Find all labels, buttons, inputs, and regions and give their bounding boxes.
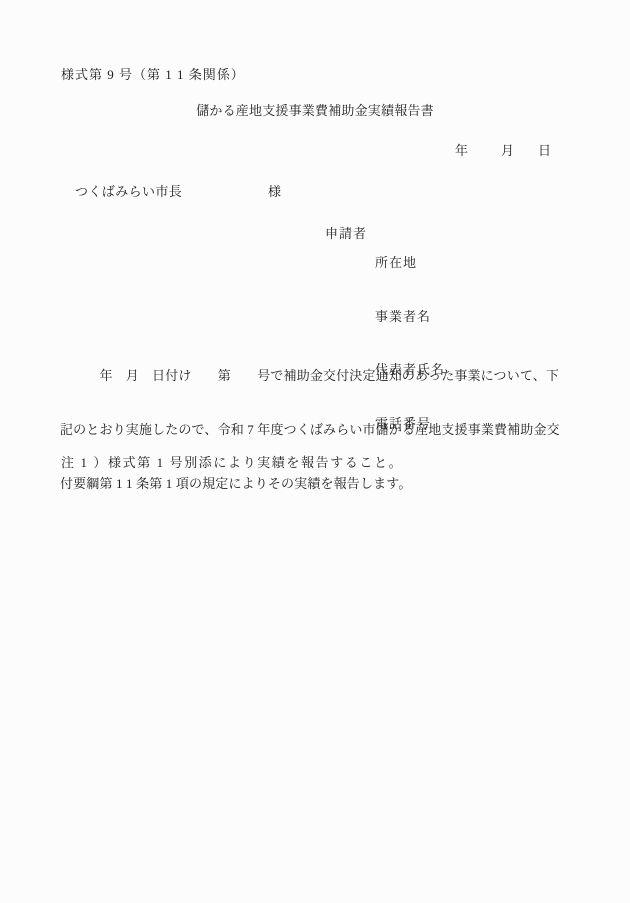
- form-number: 様式第 9 号（第 1 1 条関係）: [61, 64, 245, 83]
- addressee-name: つくばみらい市長: [75, 181, 182, 200]
- date-day-label: 日: [538, 140, 551, 159]
- date-year-label: 年: [455, 140, 468, 159]
- date-month-label: 月: [501, 140, 514, 159]
- applicant-field-address: 所在地: [375, 255, 445, 277]
- addressee-honorific: 様: [268, 181, 281, 200]
- applicant-block: 申請者 所在地 事業者名 代表者氏名 電話番号: [0, 223, 630, 313]
- note-line: 注 1 ）様式第 1 号別添により実績を報告すること。: [61, 452, 403, 471]
- body-line: 付要綱第 1 1 条第 1 項の規定によりその実績を報告します。: [60, 476, 572, 498]
- body-line: 記のとおり実施したので、令和 7 年度つくばみらい市儲かる産地支援事業費補助金交: [60, 422, 572, 444]
- document-page: 様式第 9 号（第 1 1 条関係） 儲かる産地支援事業費補助金実績報告書 年 …: [0, 0, 630, 903]
- body-line: 年 月 日付け 第 号で補助金交付決定通知のあった事業について、下: [60, 368, 572, 390]
- date-line: 年 月 日: [0, 140, 630, 156]
- body-paragraph: 年 月 日付け 第 号で補助金交付決定通知のあった事業について、下 記のとおり実…: [60, 336, 572, 529]
- applicant-field-business-name: 事業者名: [375, 309, 445, 331]
- document-title: 儲かる産地支援事業費補助金実績報告書: [0, 100, 630, 119]
- applicant-label: 申請者: [325, 223, 367, 242]
- addressee-line: つくばみらい市長 様: [0, 181, 630, 197]
